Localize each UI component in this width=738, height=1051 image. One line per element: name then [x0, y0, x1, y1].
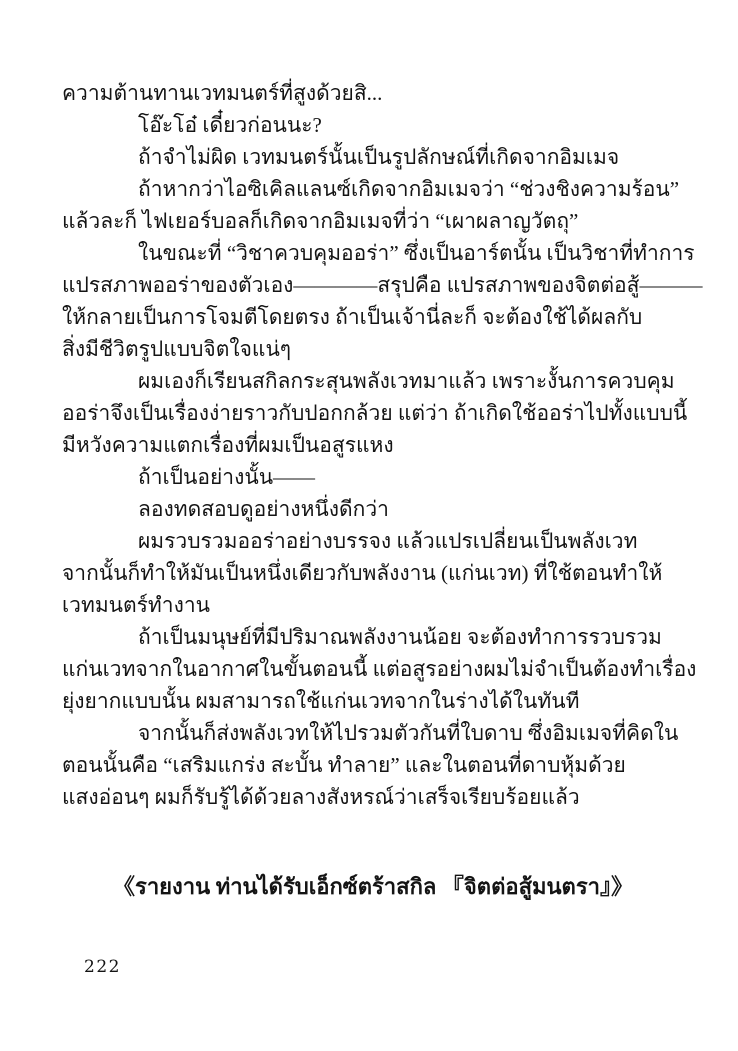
- body-line: ตอนนั้นคือ “เสริมแกร่ง สะบั้น ทำลาย” และ…: [62, 749, 684, 781]
- skill-announcement: 《รายงาน ท่านได้รับเอ็กซ์ตร้าสกิล 『จิตต่อ…: [62, 869, 684, 904]
- body-line: แล้วละก็ ไฟเยอร์บอลก็เกิดจากอิมเมจที่ว่า…: [62, 205, 684, 237]
- body-line: จากนั้นก็ทำให้มันเป็นหนึ่งเดียวกับพลังงา…: [62, 557, 684, 589]
- body-line: ความต้านทานเวทมนตร์ที่สูงด้วยสิ...: [62, 77, 684, 109]
- body-line: ผมรวบรวมออร่าอย่างบรรจง แล้วแปรเปลี่ยนเป…: [62, 525, 684, 557]
- page-number: 222: [84, 955, 121, 979]
- body-line: แก่นเวทจากในอากาศในขั้นตอนนี้ แต่อสูรอย่…: [62, 653, 684, 685]
- body-text: ความต้านทานเวทมนตร์ที่สูงด้วยสิ... โอ๊ะโ…: [62, 77, 684, 904]
- body-line: จากนั้นก็ส่งพลังเวทให้ไปรวมตัวกันที่ใบดา…: [62, 717, 684, 749]
- body-line: มีหวังความแตกเรื่องที่ผมเป็นอสูรแหง: [62, 429, 684, 461]
- body-line: ผมเองก็เรียนสกิลกระสุนพลังเวทมาแล้ว เพรา…: [62, 365, 684, 397]
- body-line: เวทมนตร์ทำงาน: [62, 589, 684, 621]
- body-line: แปรสภาพออร่าของตัวเอง————สรุปคือ แปรสภาพ…: [62, 269, 684, 301]
- body-line: ยุ่งยากแบบนั้น ผมสามารถใช้แก่นเวทจากในร่…: [62, 685, 684, 717]
- body-line: ถ้าเป็นอย่างนั้น——: [62, 461, 684, 493]
- book-page: ความต้านทานเวทมนตร์ที่สูงด้วยสิ... โอ๊ะโ…: [0, 0, 738, 1051]
- body-line: ถ้าจำไม่ผิด เวทมนตร์นั้นเป็นรูปลักษณ์ที่…: [62, 141, 684, 173]
- body-line: ในขณะที่ “วิชาควบคุมออร่า” ซึ่งเป็นอาร์ต…: [62, 237, 684, 269]
- body-line: ถ้าเป็นมนุษย์ที่มีปริมาณพลังงานน้อย จะต้…: [62, 621, 684, 653]
- body-line: โอ๊ะโอ๋ เดี๋ยวก่อนนะ?: [62, 109, 684, 141]
- body-line: ถ้าหากว่าไอซิเคิลแลนซ์เกิดจากอิมเมจว่า “…: [62, 173, 684, 205]
- body-line: ออร่าจึงเป็นเรื่องง่ายราวกับปอกกล้วย แต่…: [62, 397, 684, 429]
- body-line: ให้กลายเป็นการโจมตีโดยตรง ถ้าเป็นเจ้านี่…: [62, 301, 684, 333]
- body-line: สิ่งมีชีวิตรูปแบบจิตใจแน่ๆ: [62, 333, 684, 365]
- body-line: แสงอ่อนๆ ผมก็รับรู้ได้ด้วยลางสังหรณ์ว่าเ…: [62, 781, 684, 813]
- body-line: ลองทดสอบดูอย่างหนึ่งดีกว่า: [62, 493, 684, 525]
